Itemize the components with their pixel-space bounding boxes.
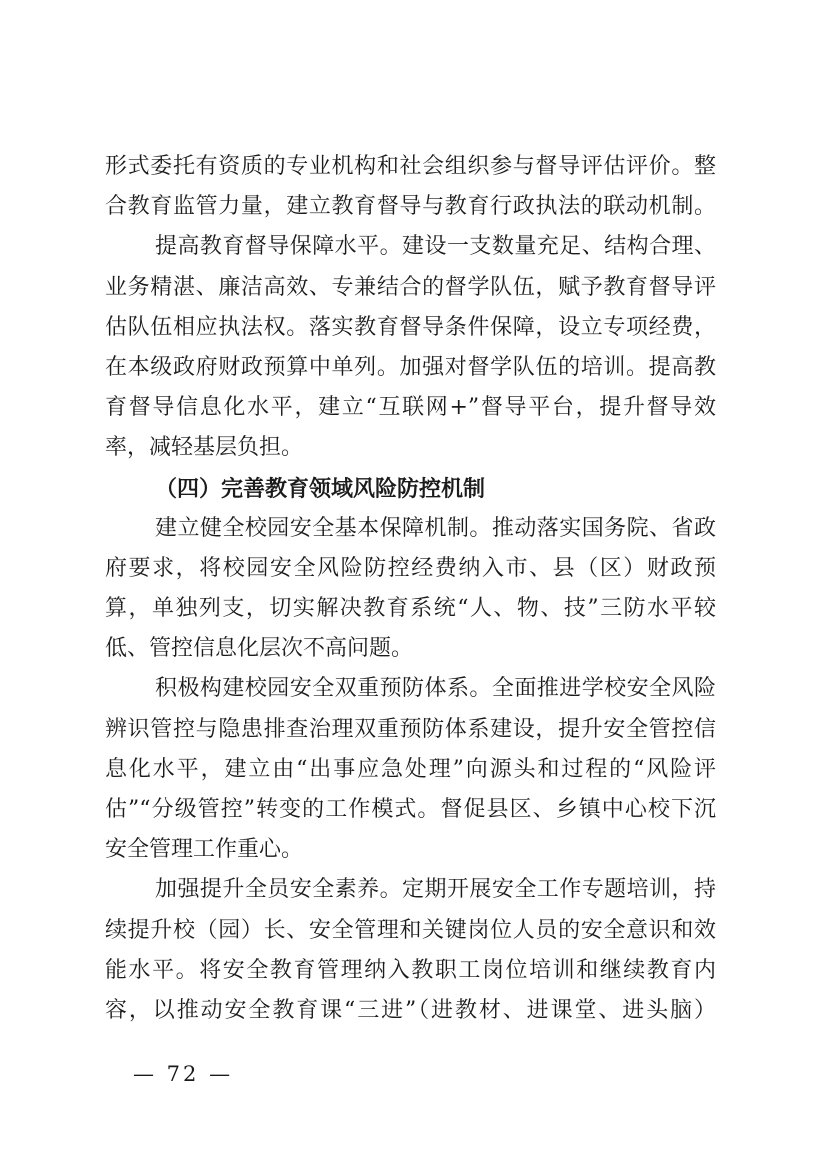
text-line: 率，减轻基层负担。	[105, 428, 716, 468]
text-line: 低、管控信息化层次不高问题。	[105, 629, 716, 669]
text-line: 续提升校（园）长、安全管理和关键岗位人员的安全意识和效	[105, 911, 716, 951]
text-line: 合教育监管力量，建立教育督导与教育行政执法的联动机制。	[105, 187, 716, 227]
text-line: 辨识管控与隐患排查治理双重预防体系建设，提升安全管控信	[105, 710, 716, 750]
page-number: — 72 —	[133, 1059, 233, 1089]
text-line: 提高教育督导保障水平。建设一支数量充足、结构合理、	[105, 227, 716, 267]
text-line: 息化水平，建立由“出事应急处理”向源头和过程的“风险评	[105, 750, 716, 790]
document-page: 形式委托有资质的专业机构和社会组织参与督导评估评价。整 合教育监管力量，建立教育…	[0, 0, 826, 1169]
text-line: 安全管理工作重心。	[105, 830, 716, 870]
text-line: 算，单独列支，切实解决教育系统“人、物、技”三防水平较	[105, 589, 716, 629]
section-heading: （四）完善教育领域风险防控机制	[105, 469, 716, 509]
text-line: 建立健全校园安全基本保障机制。推动落实国务院、省政	[105, 509, 716, 549]
text-line: 在本级政府财政预算中单列。加强对督学队伍的培训。提高教	[105, 348, 716, 388]
text-line: 容，以推动安全教育课“三进”（进教材、进课堂、进头脑）	[105, 991, 716, 1031]
text-line: 估”“分级管控”转变的工作模式。督促县区、乡镇中心校下沉	[105, 790, 716, 830]
text-line: 估队伍相应执法权。落实教育督导条件保障，设立专项经费，	[105, 308, 716, 348]
text-line: 业务精湛、廉洁高效、专兼结合的督学队伍，赋予教育督导评	[105, 268, 716, 308]
text-line: 积极构建校园安全双重预防体系。全面推进学校安全风险	[105, 669, 716, 709]
text-line: 能水平。将安全教育管理纳入教职工岗位培训和继续教育内	[105, 951, 716, 991]
text-line: 府要求，将校园安全风险防控经费纳入市、县（区）财政预	[105, 549, 716, 589]
text-line: 形式委托有资质的专业机构和社会组织参与督导评估评价。整	[105, 147, 716, 187]
body-text-block: 形式委托有资质的专业机构和社会组织参与督导评估评价。整 合教育监管力量，建立教育…	[105, 147, 716, 1031]
text-line: 育督导信息化水平，建立“互联网+”督导平台，提升督导效	[105, 388, 716, 428]
text-line: 加强提升全员安全素养。定期开展安全工作专题培训，持	[105, 870, 716, 910]
